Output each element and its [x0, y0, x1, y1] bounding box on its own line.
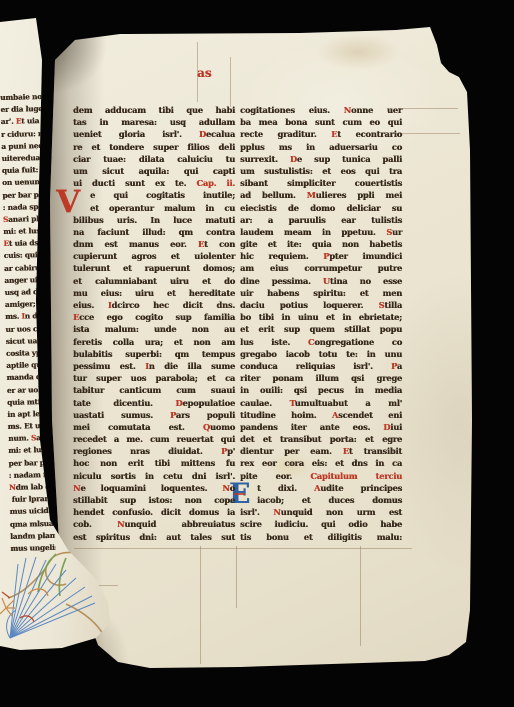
text-line: eiecistis de domo deliciar su [240, 202, 402, 214]
text-line: cuis: quia uir [4, 249, 49, 262]
text-line: usq ad dqlia [4, 286, 49, 299]
text-line: Ndm lab qul [9, 481, 54, 494]
text-line: sibant simpliciter couertistis [240, 177, 402, 189]
text-line: aptile questq [6, 359, 51, 372]
text-line: gite et ite: quia non habetis [240, 238, 402, 250]
text-line: amiger; lauo [5, 298, 50, 311]
text-line: : nada spu ulla [2, 201, 47, 214]
text-line: per bar plerique [8, 457, 53, 470]
text-line: Sanari plura [3, 213, 48, 226]
text-line: ms. In danua [5, 310, 50, 323]
text-line: dnm est manus eor. Et con [73, 238, 235, 250]
text-line: dine pessima. Utina no esse [240, 275, 402, 287]
text-line: in apt lehano [7, 408, 52, 421]
text-line: bo tibi in uinu et in ebrietate; [240, 311, 402, 323]
text-line: ueniet gloria isrl'. Decalua [73, 128, 235, 140]
text-line: riter ponam illum qsi grege [240, 372, 402, 384]
text-line: dem adducam tibi que habi [73, 104, 235, 116]
text-line: qma mlsuar [10, 517, 55, 530]
text-line: ar: a paruulis ear tulistis [240, 214, 402, 226]
ruling-line [200, 546, 201, 664]
text-line: det et transibut porta: et egre [240, 433, 402, 445]
text-line: fuir lprano [9, 493, 54, 506]
text-line: mus uicidar [9, 505, 54, 518]
text-line: landm plam [10, 530, 55, 543]
text-line: sicut ualors bel [6, 335, 51, 348]
text-line: cob. Nunquid abbreuiatus [73, 518, 235, 530]
text-line: recte graditur. Et econtrario [240, 128, 402, 140]
text-line: caulae. Tumultuabut a ml' [240, 397, 402, 409]
text-line: pplus ms in aduersariu co [240, 141, 402, 153]
text-line: regiones nras diuidat. Pp' [73, 445, 235, 457]
text-line: er ar uobis que [7, 383, 52, 396]
text-line: na faciunt illud: qm contra [73, 226, 235, 238]
text-line: tabitur canticum cum suaui [73, 384, 235, 396]
text-line: et erit sup quem stillat popu [240, 323, 402, 335]
text-line: ms. Et uia de [7, 420, 52, 433]
facing-page-text: umbaie no ualer dia lugela urar'. Et uia… [0, 91, 55, 555]
text-line: ar'. Et uia uicta [1, 115, 46, 128]
text-line: feretis colla ura; et non am [73, 336, 235, 348]
text-line: on uenundaui [2, 176, 47, 189]
left-text-column: dem adducam tibi que habitas in maresa: … [73, 104, 235, 543]
text-line: conduca reliquias isrl'. Pa [240, 360, 402, 372]
text-line: lus iste. Congregatione co [240, 336, 402, 348]
text-line: anger uices [4, 274, 49, 287]
ruling-line [236, 546, 237, 608]
text-line: tis bonu et diligitis malu: [240, 531, 402, 543]
text-line: ur uos confu [5, 322, 50, 335]
text-line: pandens iter ante eos. Diui [240, 421, 402, 433]
text-line: e qui cogitatis inutile; [73, 189, 235, 201]
text-line: ui ducti sunt ex te. Cap. ii. [73, 177, 235, 189]
text-line: hic requiem. Ppter imundici [240, 250, 402, 262]
text-line: per bar pleriq [2, 188, 47, 201]
text-line: Ecce ego cogito sup familia [73, 311, 235, 323]
right-text-column: cogitationes eius. Nonne uerba mea bona … [240, 104, 402, 543]
text-line: er dia lugela ur [0, 103, 45, 116]
ruling-line [398, 108, 458, 109]
text-line: ista malum: unde non au [73, 323, 235, 335]
ruling-line [360, 546, 361, 646]
text-line: pessimu est. In die illa sume [73, 360, 235, 372]
text-line: bulabitis superbi: qm tempus [73, 348, 235, 360]
text-line: stillabit sup istos: non cope [73, 494, 235, 506]
text-line: eius. Idcirco hec dicit dns. [73, 299, 235, 311]
text-line: titudine hoim. Ascendet eni [240, 409, 402, 421]
text-line: ad bellum. Mulieres ppli mei [240, 189, 402, 201]
text-line: manda dns uo [6, 371, 51, 384]
text-line: uastati sumus. Pars populi [73, 409, 235, 421]
running-header: as [197, 66, 212, 80]
text-line: cupierunt agros et uiolenter [73, 250, 235, 262]
text-line: gregabo iacob totu te: in unu [240, 348, 402, 360]
text-line: hendet confusio. dicit domus ia [73, 506, 235, 518]
text-line: re et tondere super filios deli [73, 141, 235, 153]
text-line: laudem meam in ppetuu. Sur [240, 226, 402, 238]
text-line: hoc non erit tibi mittens fu [73, 457, 235, 469]
text-line: et operantur malum in cu [73, 202, 235, 214]
text-line: mei comutata est. Quomo [73, 421, 235, 433]
manuscript-photo: as V E dem adducam tibi que habitas in m… [0, 0, 514, 707]
text-line: cogitationes eius. Nonne uer [240, 104, 402, 116]
text-line: um sustulistis: et eos qui tra [240, 165, 402, 177]
text-line: recedet a me. cum reuertat qui [73, 433, 235, 445]
text-line: quia mticinar [7, 396, 52, 409]
ruling-line [74, 548, 412, 549]
ruling-line [230, 57, 231, 107]
text-line: niculu sortis in cetu dni isrl'. [73, 470, 235, 482]
text-line: ba mea bona sunt cum eo qui [240, 116, 402, 128]
text-line: tulerunt et rapuerunt domos; [73, 262, 235, 274]
text-line: tur super uos parabola; et ca [73, 372, 235, 384]
text-line: ciar tuae: dilata caluiciu tu [73, 153, 235, 165]
ruling-line [396, 133, 460, 134]
text-line: est spiritus dni: aut tales sut [73, 531, 235, 543]
text-line: tas in maresa: usq adullam [73, 116, 235, 128]
text-line: mi: et lusuiue [3, 225, 48, 238]
text-line: et calumniabant uiru et do [73, 275, 235, 287]
text-line: quia fuit: et la [2, 164, 47, 177]
text-line: a puni nequior [1, 140, 46, 153]
text-line: num. Sama [8, 432, 53, 445]
text-line: : nadam fril ad [9, 469, 54, 482]
text-line: mi: et lusuue [8, 444, 53, 457]
text-line: scire iudiciu. qui odio habe [240, 518, 402, 530]
text-line: rex eor cora eis: et dns in ca [240, 457, 402, 469]
text-line: um sicut aquila: qui capti [73, 165, 235, 177]
text-line: surrexit. De sup tunica palli [240, 153, 402, 165]
text-line: Ne loquamini loquentes. No [73, 482, 235, 494]
text-line: ar cabiru: cras [4, 262, 49, 275]
flourish-blue-fan [7, 557, 95, 638]
text-line: umbaie no ual [0, 91, 45, 104]
text-line: dientur per eam. Et transibit [240, 445, 402, 457]
text-line: am eius corrumpetur putre [240, 262, 402, 274]
text-line: iacob; et duces domus [240, 494, 402, 506]
text-line: Et uia dsima [3, 237, 48, 250]
text-line: cosita ypidru [6, 347, 51, 360]
text-line: pite eor. Capitulum terciu [240, 470, 402, 482]
text-line: t dixi. Audite principes [240, 482, 402, 494]
text-line: uiteredua lau [1, 152, 46, 165]
text-line: isrl'. Nunquid non urm est [240, 506, 402, 518]
text-line: bilibus uris. In luce matuti [73, 214, 235, 226]
text-line: daciu potius loquerer. Stilla [240, 299, 402, 311]
text-line: r ciduru: role [1, 128, 46, 141]
text-line: tate dicentiu. Depopulatioe [73, 397, 235, 409]
text-line: mu eius: uiru et hereditate [73, 287, 235, 299]
gutter-shadow-top [40, 24, 130, 114]
text-line: in ouili: qsi pecus in media [240, 384, 402, 396]
text-line: uir habens spiritu: et men [240, 287, 402, 299]
